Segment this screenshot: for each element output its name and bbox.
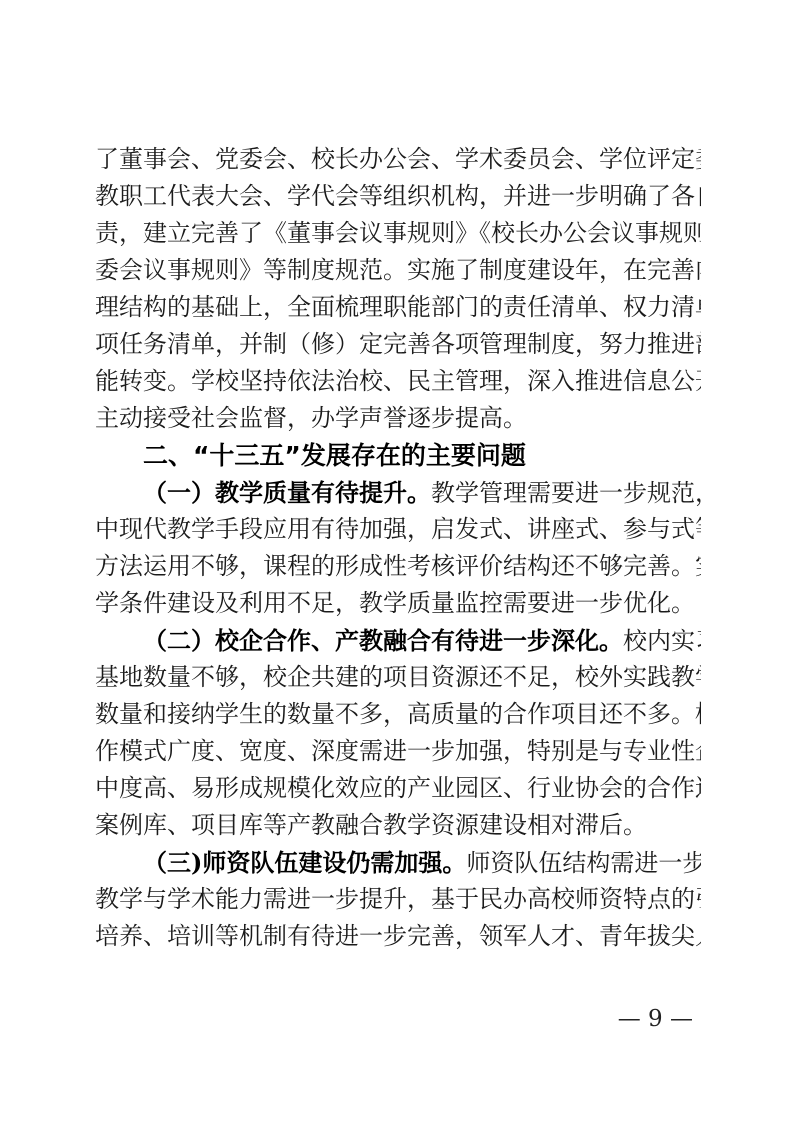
para-school-enterprise-cooperation: （二）校企合作、产教融合有待进一步深化。校内实习实训基地数量不够，校企共建的项目… [95, 622, 701, 844]
text-line: 主动接受社会监督，办学声誉逐步提高。 [95, 400, 701, 437]
text-line: 中度高、易形成规模化效应的产业园区、行业协会的合作还不够。 [95, 770, 701, 807]
page-footer: — 9 — [618, 1004, 693, 1034]
text-line: 学条件建设及利用不足，教学质量监控需要进一步优化。 [95, 585, 701, 622]
para-teaching-quality: （一）教学质量有待提升。教学管理需要进一步规范，教学中现代教学手段应用有待加强，… [95, 474, 701, 622]
document-page: 了董事会、党委会、校长办公会、学术委员会、学位评定委员会、教职工代表大会、学代会… [0, 0, 793, 1122]
text-line: 能转变。学校坚持依法治校、民主管理，深入推进信息公开工作， [95, 363, 701, 400]
text-line: 中现代教学手段应用有待加强，启发式、讲座式、参与式等教学 [95, 511, 701, 548]
section-heading-problems: 二、“十三五”发展存在的主要问题 [95, 437, 701, 474]
document-body: 了董事会、党委会、校长办公会、学术委员会、学位评定委员会、教职工代表大会、学代会… [95, 141, 701, 955]
para-governance-continuation: 了董事会、党委会、校长办公会、学术委员会、学位评定委员会、教职工代表大会、学代会… [95, 141, 701, 437]
text-line: 委会议事规则》等制度规范。实施了制度建设年，在完善内部治 [95, 252, 701, 289]
para-faculty-team: （三)师资队伍建设仍需加强。师资队伍结构需进一步优化，教学与学术能力需进一步提升… [95, 844, 701, 955]
text-line: 了董事会、党委会、校长办公会、学术委员会、学位评定委员会、 [95, 141, 701, 178]
text-line: 案例库、项目库等产教融合教学资源建设相对滞后。 [95, 807, 701, 844]
page-number: — 9 — [618, 1006, 693, 1032]
text-line: 教学与学术能力需进一步提升，基于民办高校师资特点的引进、 [95, 881, 701, 918]
text-line: 培养、培训等机制有待进一步完善，领军人才、青年拔尖人才、 [95, 918, 701, 955]
text-line: 基地数量不够，校企共建的项目资源还不足，校外实践教学基地 [95, 659, 701, 696]
lead-emphasis: （一）教学质量有待提升。 [143, 478, 431, 507]
lead-emphasis: （二）校企合作、产教融合有待进一步深化。 [143, 626, 623, 655]
text-line: （二）校企合作、产教融合有待进一步深化。校内实习实训 [95, 622, 701, 659]
text-line: （三)师资队伍建设仍需加强。师资队伍结构需进一步优化， [95, 844, 701, 881]
text-line: 理结构的基础上，全面梳理职能部门的责任清单、权力清单、专 [95, 289, 701, 326]
lead-emphasis: （三)师资队伍建设仍需加强。 [143, 848, 466, 877]
text-line: （一）教学质量有待提升。教学管理需要进一步规范，教学 [95, 474, 701, 511]
text-line: 项任务清单，并制（修）定完善各项管理制度，努力推进部门职 [95, 326, 701, 363]
text-line: 责，建立完善了《董事会议事规则》《校长办公会议事规则》《党 [95, 215, 701, 252]
section-heading-text: 二、“十三五”发展存在的主要问题 [95, 437, 701, 474]
text-line: 作模式广度、宽度、深度需进一步加强，特别是与专业性企业集 [95, 733, 701, 770]
text-line: 方法运用不够，课程的形成性考核评价结构还不够完善。实践教 [95, 548, 701, 585]
text-line: 教职工代表大会、学代会等组织机构，并进一步明确了各自的权 [95, 178, 701, 215]
text-line: 数量和接纳学生的数量不多，高质量的合作项目还不多。校企合 [95, 696, 701, 733]
